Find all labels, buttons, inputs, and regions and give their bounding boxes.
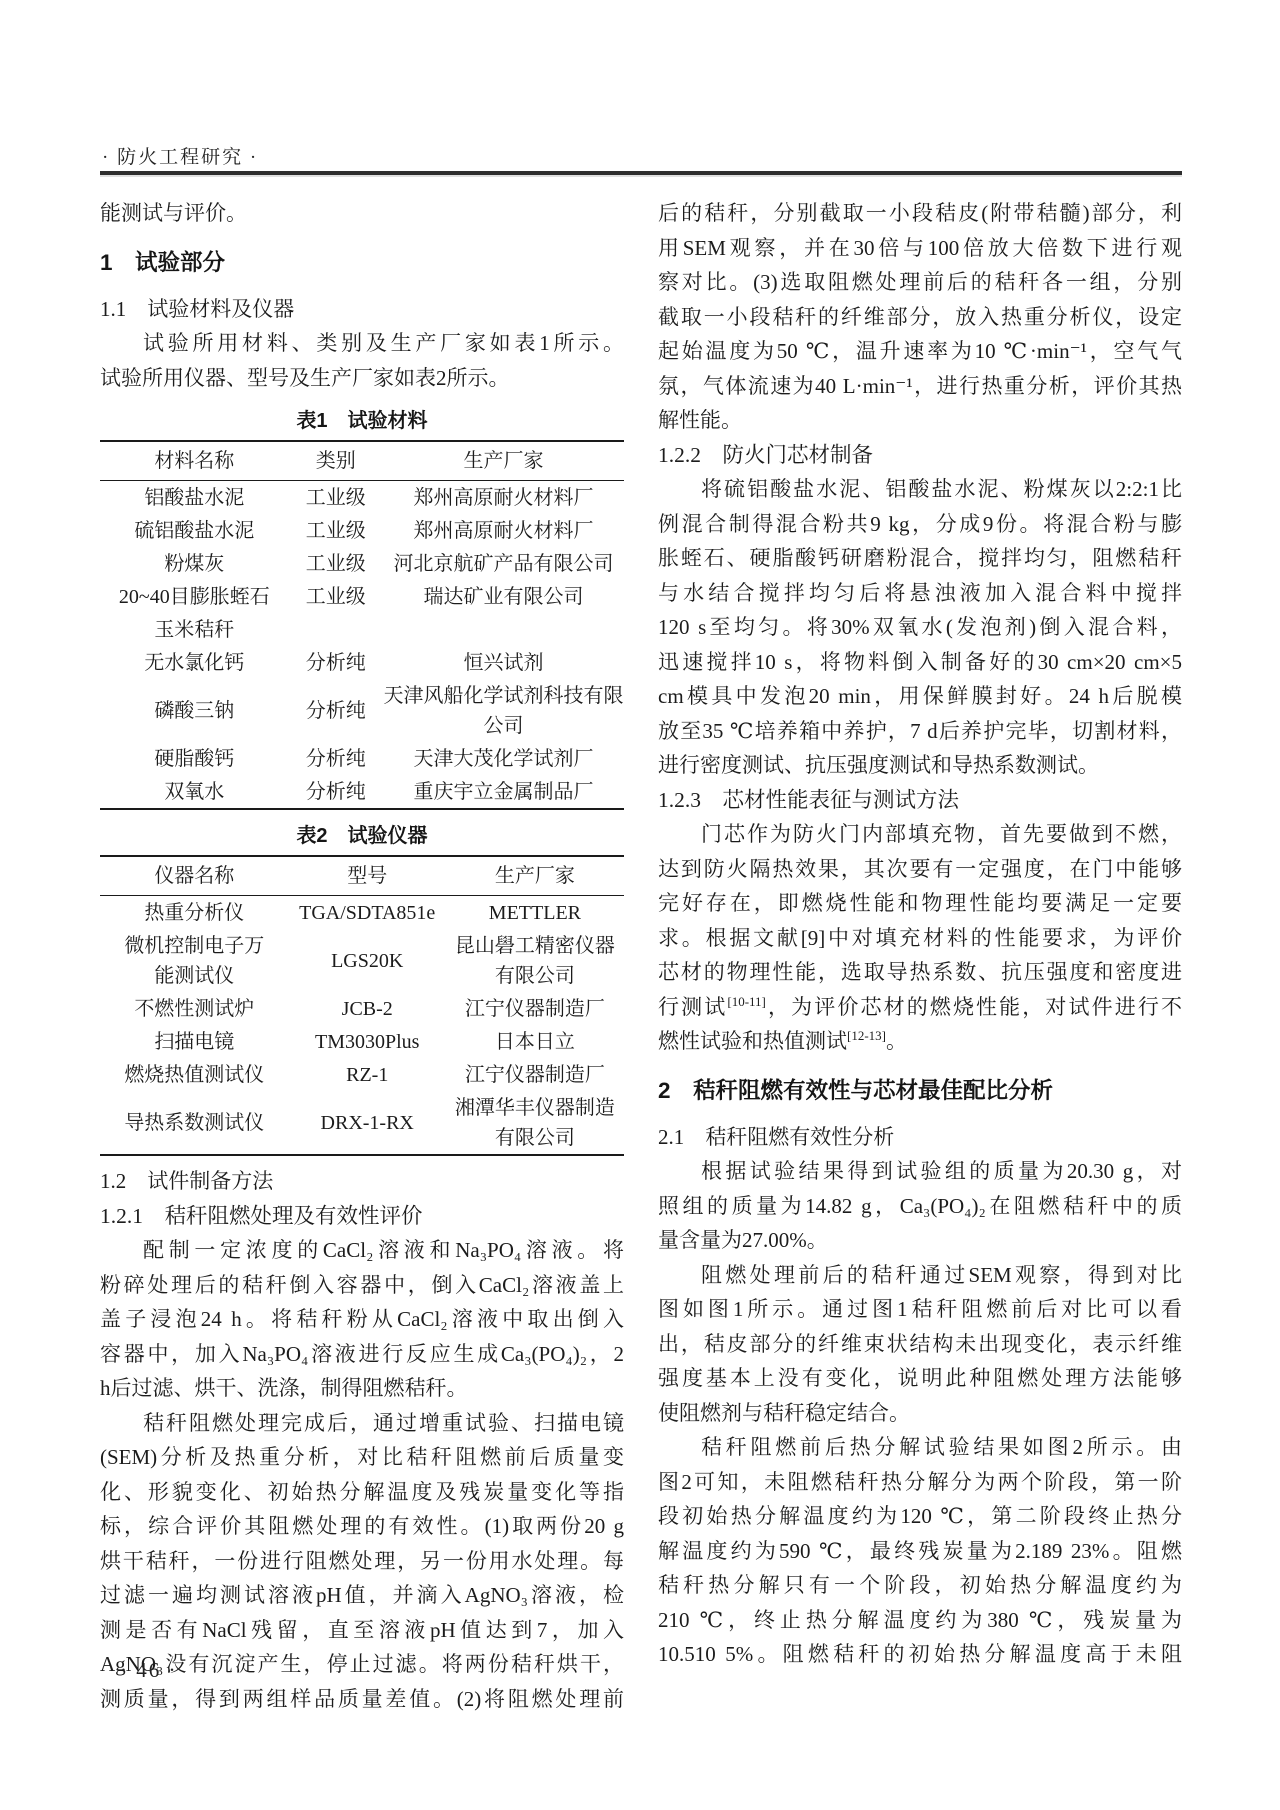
table-cell: 分析纯 — [289, 742, 383, 775]
section-heading-1: 1 试验部分 — [100, 247, 624, 279]
table-2: 仪器名称 型号 生产厂家 热重分析仪 TGA/SDTA851e METTLER … — [100, 855, 624, 1156]
table-cell: METTLER — [446, 896, 624, 930]
table-cell: 郑州高原耐火材料厂 — [383, 514, 624, 547]
text-line: 容器中，加入Na₃PO₄溶液进行反应生成Ca₃(PO₄)₂，2 — [100, 1337, 624, 1372]
text-segment: ，为评价芯材的燃烧性能，对试件进行不 — [766, 995, 1182, 1019]
subsection-heading-1-2-3: 1.2.3 芯材性能表征与测试方法 — [658, 783, 1182, 818]
text-line: 测质量，得到两组样品质量差值。(2)将阻燃处理前 — [100, 1682, 624, 1717]
text-segment: 行测试 — [658, 995, 727, 1019]
table-cell: 湘潭华丰仪器制造 有限公司 — [446, 1091, 624, 1155]
table-row: 扫描电镜 TM3030Plus 日本日立 — [100, 1025, 624, 1058]
table-cell: 铝酸盐水泥 — [100, 481, 289, 515]
table-cell: 粉煤灰 — [100, 547, 289, 580]
table-row: 硬脂酸钙 分析纯 天津大茂化学试剂厂 — [100, 742, 624, 775]
text-line: 行测试[10-11]，为评价芯材的燃烧性能，对试件进行不 — [658, 990, 1182, 1025]
text-line: 截取一小段秸秆的纤维部分，放入热重分析仪，设定 — [658, 300, 1182, 335]
text-line: 后的秸秆，分别截取一小段秸皮(附带秸髓)部分，利 — [658, 196, 1182, 231]
table-cell: 分析纯 — [289, 775, 383, 809]
citation-superscript: [10-11] — [727, 994, 766, 1009]
table-header-cell: 材料名称 — [100, 441, 289, 481]
table-row: 微机控制电子万 能测试仪 LGS20K 昆山礐工精密仪器 有限公司 — [100, 929, 624, 992]
table-cell: 双氧水 — [100, 775, 289, 809]
table-row: 硫铝酸盐水泥 工业级 郑州高原耐火材料厂 — [100, 514, 624, 547]
text-line: 试验所用仪器、型号及生产厂家如表2所示。 — [100, 361, 624, 396]
table-header-cell: 类别 — [289, 441, 383, 481]
table-header-cell: 仪器名称 — [100, 856, 289, 896]
table-header-row: 仪器名称 型号 生产厂家 — [100, 856, 624, 896]
text-line: 起始温度为50 ℃，温升速率为10 ℃·min⁻¹，空气气 — [658, 334, 1182, 369]
table-cell: 分析纯 — [289, 679, 383, 742]
table-cell: DRX-1-RX — [289, 1091, 446, 1155]
table-row: 磷酸三钠 分析纯 天津风船化学试剂科技有限公司 — [100, 679, 624, 742]
table-cell: 玉米秸秆 — [100, 613, 289, 646]
table-cell — [289, 613, 383, 646]
table-cell: 磷酸三钠 — [100, 679, 289, 742]
text-line: 将硫铝酸盐水泥、铝酸盐水泥、粉煤灰以2:2:1比 — [658, 472, 1182, 507]
table-cell: 天津风船化学试剂科技有限公司 — [383, 679, 624, 742]
text-line: 烘干秸秆，一份进行阻燃处理，另一份用水处理。每 — [100, 1544, 624, 1579]
table-cell: 不燃性测试炉 — [100, 992, 289, 1025]
two-column-body: 能测试与评价。 1 试验部分 1.1 试验材料及仪器 试验所用材料、类别及生产厂… — [100, 196, 1182, 1716]
text-line: 完好存在，即燃烧性能和物理性能均要满足一定要 — [658, 886, 1182, 921]
text-line: 燃性试验和热值测试[12-13]。 — [658, 1024, 1182, 1059]
text-line: 芯材的物理性能，选取导热系数、抗压强度和密度进 — [658, 955, 1182, 990]
text-line: 210 ℃，终止热分解温度约为380 ℃，残炭量为 — [658, 1603, 1182, 1638]
table-row: 燃烧热值测试仪 RZ-1 江宁仪器制造厂 — [100, 1058, 624, 1091]
section-heading-2: 2 秸秆阻燃有效性与芯材最佳配比分析 — [658, 1075, 1182, 1107]
left-column: 能测试与评价。 1 试验部分 1.1 试验材料及仪器 试验所用材料、类别及生产厂… — [100, 196, 624, 1716]
table-cell: 昆山礐工精密仪器 有限公司 — [446, 929, 624, 992]
table-2-caption: 表2 试验仪器 — [100, 819, 624, 848]
right-column: 后的秸秆，分别截取一小段秸皮(附带秸髓)部分，利 用SEM观察，并在30倍与10… — [658, 196, 1182, 1716]
table-cell: 无水氯化钙 — [100, 646, 289, 679]
table-cell: 20~40目膨胀蛭石 — [100, 580, 289, 613]
table-1: 材料名称 类别 生产厂家 铝酸盐水泥 工业级 郑州高原耐火材料厂 硫铝酸盐水泥 … — [100, 440, 624, 810]
text-line: 解性能。 — [658, 403, 1182, 438]
table-cell: 河北京航矿产品有限公司 — [383, 547, 624, 580]
table-cell: 导热系数测试仪 — [100, 1091, 289, 1155]
table-row: 粉煤灰 工业级 河北京航矿产品有限公司 — [100, 547, 624, 580]
table-header-cell: 型号 — [289, 856, 446, 896]
table-cell: 江宁仪器制造厂 — [446, 992, 624, 1025]
text-line: 使阻燃剂与秸秆稳定结合。 — [658, 1396, 1182, 1431]
subsection-heading-1-2-1: 1.2.1 秸秆阻燃处理及有效性评价 — [100, 1199, 624, 1234]
text-line: 照组的质量为14.82 g，Ca₃(PO₄)₂在阻燃秸秆中的质 — [658, 1189, 1182, 1224]
text-line: 图2可知，未阻燃秸秆热分解分为两个阶段，第一阶 — [658, 1465, 1182, 1500]
table-cell: 恒兴试剂 — [383, 646, 624, 679]
text-line: 用SEM观察，并在30倍与100倍放大倍数下进行观 — [658, 231, 1182, 266]
text-line: 察对比。(3)选取阻燃处理前后的秸秆各一组，分别 — [658, 265, 1182, 300]
text-line: 图如图1所示。通过图1秸秆阻燃前后对比可以看 — [658, 1292, 1182, 1327]
table-header-cell: 生产厂家 — [383, 441, 624, 481]
table-cell: 天津大茂化学试剂厂 — [383, 742, 624, 775]
table-cell: 工业级 — [289, 481, 383, 515]
table-cell: 燃烧热值测试仪 — [100, 1058, 289, 1091]
text-line: 量含量为27.00%。 — [658, 1223, 1182, 1258]
table-cell: 微机控制电子万 能测试仪 — [100, 929, 289, 992]
text-line: 秸秆热分解只有一个阶段，初始热分解温度约为 — [658, 1568, 1182, 1603]
table-cell: TGA/SDTA851e — [289, 896, 446, 930]
table-cell: 硬脂酸钙 — [100, 742, 289, 775]
subsection-heading-1-2: 1.2 试件制备方法 — [100, 1164, 624, 1199]
text-line: 强度基本上没有变化，说明此种阻燃处理方法能够 — [658, 1361, 1182, 1396]
table-cell: 重庆宇立金属制品厂 — [383, 775, 624, 809]
table-row: 导热系数测试仪 DRX-1-RX 湘潭华丰仪器制造 有限公司 — [100, 1091, 624, 1155]
text-line: 达到防火隔热效果，其次要有一定强度，在门中能够 — [658, 852, 1182, 887]
table-cell: TM3030Plus — [289, 1025, 446, 1058]
table-cell — [383, 613, 624, 646]
text-line: 根据试验结果得到试验组的质量为20.30 g，对 — [658, 1154, 1182, 1189]
text-line: 粉碎处理后的秸秆倒入容器中，倒入CaCl₂溶液盖上 — [100, 1268, 624, 1303]
table-cell: JCB-2 — [289, 992, 446, 1025]
table-header-row: 材料名称 类别 生产厂家 — [100, 441, 624, 481]
table-row: 热重分析仪 TGA/SDTA851e METTLER — [100, 896, 624, 930]
text-line: AgNO₃没有沉淀产生，停止过滤。将两份秸秆烘干， — [100, 1647, 624, 1682]
text-line: 秸秆阻燃处理完成后，通过增重试验、扫描电镜 — [100, 1406, 624, 1441]
table-cell: 郑州高原耐火材料厂 — [383, 481, 624, 515]
table-cell: 工业级 — [289, 514, 383, 547]
text-line: 盖子浸泡24 h。将秸秆粉从CaCl₂溶液中取出倒入 — [100, 1302, 624, 1337]
text-line: cm模具中发泡20 min，用保鲜膜封好。24 h后脱模 — [658, 679, 1182, 714]
table-cell: LGS20K — [289, 929, 446, 992]
text-line: 120 s至均匀。将30%双氧水(发泡剂)倒入混合料， — [658, 610, 1182, 645]
text-line: 秸秆阻燃前后热分解试验结果如图2所示。由 — [658, 1430, 1182, 1465]
text-line: 胀蛭石、硬脂酸钙研磨粉混合，搅拌均匀，阻燃秸秆 — [658, 541, 1182, 576]
table-cell: 瑞达矿业有限公司 — [383, 580, 624, 613]
text-line: 能测试与评价。 — [100, 196, 624, 231]
text-line: 求。根据文献[9]中对填充材料的性能要求，为评价 — [658, 921, 1182, 956]
text-line: 氛，气体流速为40 L·min⁻¹，进行热重分析，评价其热 — [658, 369, 1182, 404]
text-line: 出，秸皮部分的纤维束状结构未出现变化，表示纤维 — [658, 1327, 1182, 1362]
table-row: 不燃性测试炉 JCB-2 江宁仪器制造厂 — [100, 992, 624, 1025]
text-line: 10.510 5%。阻燃秸秆的初始热分解温度高于未阻 — [658, 1637, 1182, 1672]
table-cell: 分析纯 — [289, 646, 383, 679]
text-segment: 。 — [886, 1029, 907, 1053]
table-1-caption: 表1 试验材料 — [100, 404, 624, 433]
text-line: 迅速搅拌10 s，将物料倒入制备好的30 cm×20 cm×5 — [658, 645, 1182, 680]
text-line: 配制一定浓度的CaCl₂溶液和Na₃PO₄溶液。将 — [100, 1233, 624, 1268]
table-cell: 硫铝酸盐水泥 — [100, 514, 289, 547]
text-line: 标，综合评价其阻燃处理的有效性。(1)取两份20 g — [100, 1509, 624, 1544]
header-rule — [100, 171, 1182, 175]
text-line: 过滤一遍均测试溶液pH值，并滴入AgNO₃溶液，检 — [100, 1578, 624, 1613]
subsection-heading-1-1: 1.1 试验材料及仪器 — [100, 292, 624, 327]
text-line: 与水结合搅拌均匀后将悬浊液加入混合料中搅拌 — [658, 576, 1182, 611]
table-cell: 扫描电镜 — [100, 1025, 289, 1058]
text-line: 放至35 ℃培养箱中养护，7 d后养护完毕，切割材料， — [658, 714, 1182, 749]
table-row: 20~40目膨胀蛭石 工业级 瑞达矿业有限公司 — [100, 580, 624, 613]
text-segment: 燃性试验和热值测试 — [658, 1029, 847, 1053]
table-cell: 江宁仪器制造厂 — [446, 1058, 624, 1091]
subsection-heading-1-2-2: 1.2.2 防火门芯材制备 — [658, 438, 1182, 473]
citation-superscript: [12-13] — [847, 1028, 886, 1043]
text-line: 例混合制得混合粉共9 kg，分成9份。将混合粉与膨 — [658, 507, 1182, 542]
table-cell: RZ-1 — [289, 1058, 446, 1091]
text-line: (SEM)分析及热重分析，对比秸秆阻燃前后质量变 — [100, 1440, 624, 1475]
journal-section-header: · 防火工程研究 · — [102, 142, 258, 169]
table-cell: 工业级 — [289, 547, 383, 580]
text-line: 解温度约为590 ℃，最终残炭量为2.189 23%。阻燃 — [658, 1534, 1182, 1569]
text-line: 阻燃处理前后的秸秆通过SEM观察，得到对比 — [658, 1258, 1182, 1293]
table-row: 无水氯化钙 分析纯 恒兴试剂 — [100, 646, 624, 679]
table-row: 双氧水 分析纯 重庆宇立金属制品厂 — [100, 775, 624, 809]
table-row: 玉米秸秆 — [100, 613, 624, 646]
text-line: 门芯作为防火门内部填充物，首先要做到不燃， — [658, 817, 1182, 852]
table-cell: 工业级 — [289, 580, 383, 613]
text-line: 测是否有NaCl残留，直至溶液pH值达到7，加入 — [100, 1613, 624, 1648]
table-cell: 热重分析仪 — [100, 896, 289, 930]
text-line: 化、形貌变化、初始热分解温度及残炭量变化等指 — [100, 1475, 624, 1510]
table-row: 铝酸盐水泥 工业级 郑州高原耐火材料厂 — [100, 481, 624, 515]
table-header-cell: 生产厂家 — [446, 856, 624, 896]
page-number: · 46 · — [120, 1658, 178, 1683]
table-cell: 日本日立 — [446, 1025, 624, 1058]
subsection-heading-2-1: 2.1 秸秆阻燃有效性分析 — [658, 1120, 1182, 1155]
text-line: h后过滤、烘干、洗涤，制得阻燃秸秆。 — [100, 1371, 624, 1406]
text-line: 试验所用材料、类别及生产厂家如表1所示。 — [100, 326, 624, 361]
text-line: 进行密度测试、抗压强度测试和导热系数测试。 — [658, 748, 1182, 783]
text-line: 段初始热分解温度约为120 ℃，第二阶段终止热分 — [658, 1499, 1182, 1534]
